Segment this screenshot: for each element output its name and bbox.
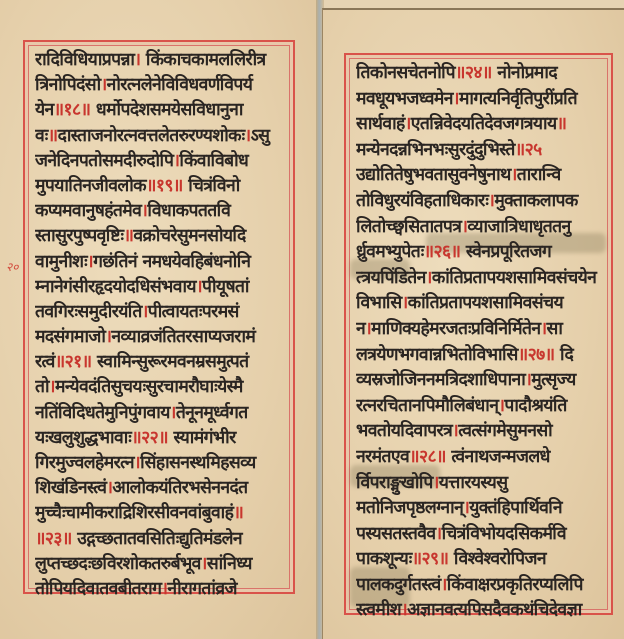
verse-marker: ॥२१॥ xyxy=(55,352,92,372)
manuscript-line: म्नानेगंसीरहृदयोदधिसंभवाय।पीयूषतां xyxy=(35,275,287,300)
verse-marker: ॥२२॥ xyxy=(131,428,168,448)
line-text: मुच्चैःचामीकराद्रिशिरसीवनवांबुवाहं xyxy=(35,503,233,523)
line-text: मुपयातिनजीवलोक xyxy=(35,176,146,196)
line-text: तारान्वि xyxy=(517,165,561,185)
verse-marker: ॥२८॥ xyxy=(409,447,446,467)
manuscript-line: उद्योतितेषुभवतासुवनेषुनाथ।तारान्वि xyxy=(356,163,605,189)
line-text: धर्मोपदेशसमयेसविधानुना xyxy=(90,100,242,120)
manuscript-line: मतोनिजपृष्ठलग्नान्।युक्तंहिपार्थिवनि xyxy=(356,496,605,522)
manuscript-line: पाकशून्यः॥२९॥ विश्वेश्वरोपिजन xyxy=(356,547,605,573)
line-text: तवगिरःसमुदीरयंति xyxy=(35,302,142,322)
manuscript-line: शिखंडिनस्त्वं।आलोकयंतिरभसेननदंत xyxy=(35,476,287,501)
line-text: येन xyxy=(35,100,54,120)
line-text: दि xyxy=(555,345,574,365)
line-text: रादिविधियाप्रपन्ना xyxy=(35,50,134,70)
line-text: न xyxy=(356,319,365,339)
line-text: तेनूनमूर्ध्वगत xyxy=(176,403,248,423)
line-text: कांतिप्रतापयशसामिवसंचय xyxy=(408,293,563,313)
line-text: गिरमुज्वलहेमरत्न xyxy=(35,453,134,473)
manuscript-line: तिकोनसचेतनोपि॥२४॥ नोनोप्रमाद xyxy=(356,61,605,87)
line-text: लत्रयेणभगवान्नभितोविभासि xyxy=(356,345,518,365)
line-text: सार्थवाहं xyxy=(356,114,405,134)
manuscript-line: विभासि।कांतिप्रतापयशसामिवसंचय xyxy=(356,291,605,317)
line-text: दास्ताजनोरत्नवत्तलेतरुरण्यशोकः xyxy=(58,126,245,146)
line-text: र्विपराङ्मुखोपि xyxy=(356,473,433,493)
manuscript-line: सार्थवाहं।एतन्निवेदयतिदेवजगत्रयाय॥ xyxy=(356,112,605,138)
line-text: व्यस्रजोजिननमत्रिदशाधिपाना xyxy=(356,370,525,390)
manuscript-line: यःखलुशुद्धभावाः॥२२॥ स्यामंगंभीर xyxy=(35,426,287,451)
manuscript-line: येन॥१८॥ धर्मोपदेशसमयेसविधानुना xyxy=(35,98,287,123)
verse-marker: ॥२४॥ xyxy=(455,63,492,83)
line-text: पीत्वायतःपरमसं xyxy=(148,302,239,322)
left-page-text: रादिविधियाप्रपन्ना। किंकाचकामललिरीत्रत्र… xyxy=(35,48,287,602)
line-text: वामुनीशः xyxy=(35,252,87,272)
manuscript-line: मुच्चैःचामीकराद्रिशिरसीवनवांबुवाहं॥ xyxy=(35,501,287,526)
manuscript-line: नरमंतएव॥२८॥ त्वंनाथजन्मजलधे xyxy=(356,445,605,471)
line-text: अज्ञानवत्यपिसदैवकथंचिदेवज्ञा xyxy=(407,600,582,620)
verse-marker: ॥१९॥ xyxy=(146,176,183,196)
line-text: किंकाचकामललिरीत्र xyxy=(140,50,265,70)
line-text: पादौश्रयंति xyxy=(504,396,566,416)
manuscript-line: लत्रयेणभगवान्नभितोविभासि॥२७॥ दि xyxy=(356,343,605,369)
line-text: नोनोप्रमाद xyxy=(492,63,557,83)
line-text: यःखलुशुद्धभावाः xyxy=(35,428,131,448)
line-text: विभासि xyxy=(356,293,402,313)
verse-marker: ॥१८॥ xyxy=(54,100,91,120)
line-text: नव्याव्रजंतितरसाप्यजरामं xyxy=(111,327,255,347)
manuscript-line: लितोच्छ्वसितातपत्र।व्याजात्रिधाधृततनु xyxy=(356,215,605,241)
right-page-frame: तिकोनसचेतनोपि॥२४॥ नोनोप्रमादमवधूयभजध्वमे… xyxy=(344,53,613,615)
left-page: २० रादिविधियाप्रपन्ना। किंकाचकामललिरीत्र… xyxy=(0,0,319,639)
line-text: स्त्वमीश xyxy=(356,600,401,620)
line-text: विश्वेश्वरोपिजन xyxy=(448,549,546,569)
line-text: सिंहासनस्थमिहसव्य xyxy=(140,453,256,473)
line-text: सांनिध्य xyxy=(207,554,252,574)
manuscript-line: स्त्वमीश।अज्ञानवत्यपिसदैवकथंचिदेवज्ञा xyxy=(356,598,605,624)
line-text: चित्रंविनो xyxy=(183,176,240,196)
line-text: युक्तंहिपार्थिवनि xyxy=(469,498,562,518)
manuscript-line: न।माणिक्यहेमरजतःप्रविनिर्मितेन।सा xyxy=(356,317,605,343)
line-text: लितोच्छ्वसितातपत्र xyxy=(356,217,461,237)
verse-marker: ॥२३॥ xyxy=(35,529,72,549)
verse-marker: ॥२६॥ xyxy=(424,242,461,262)
line-text: सा xyxy=(546,319,562,339)
line-text: त्त्रयपिंडितेन xyxy=(356,268,426,288)
line-text: म्नानेगंसीरहृदयोदधिसंभवाय xyxy=(35,277,196,297)
line-text: नरमंतएव xyxy=(356,447,409,467)
line-text: चित्रंविभोयदसिकर्मवि xyxy=(442,524,566,544)
line-text: पालकदुर्गतस्त्वं xyxy=(356,575,441,595)
folio-number: २० xyxy=(6,258,18,275)
manuscript-line: रत्वं॥२१॥ स्वामिन्सुरूरमवनम्रसमुत्पतं xyxy=(35,350,287,375)
manuscript-line: लुप्तच्छदःछविरशोकतरुर्बभूव।सांनिध्य xyxy=(35,552,287,577)
manuscript-line: वामुनीशः।गछंतिनं नमधयेवहिबंधनोनि xyxy=(35,250,287,275)
verse-marker: ॥ xyxy=(123,226,133,246)
line-text: स्यामंगंभीर xyxy=(168,428,236,448)
line-text: व्याजात्रिधाधृततनु xyxy=(467,217,570,237)
line-text: पीयूषतां xyxy=(202,277,249,297)
line-text: यत्तारयस्यसु xyxy=(439,473,508,493)
manuscript-line: स्तासुरपुष्पवृष्टिः॥वक्रोचरेसुमनसोयदि xyxy=(35,224,287,249)
line-text: नीरागतांव्रजे xyxy=(167,579,236,599)
manuscript-spread: २० रादिविधियाप्रपन्ना। किंकाचकामललिरीत्र… xyxy=(0,0,624,639)
line-text: नोरत्नलेनेविविधवर्णविपर्य xyxy=(107,75,253,95)
line-text: मुक्ताकलापक xyxy=(494,191,577,211)
manuscript-line: वः॥दास्ताजनोरत्नवत्तलेतरुरण्यशोकः।ऽसु xyxy=(35,124,287,149)
line-text: मवधूयभजध्वमेन xyxy=(356,89,453,109)
line-text: लुप्तच्छदःछविरशोकतरुर्बभूव xyxy=(35,554,201,574)
line-text: पाकशून्यः xyxy=(356,549,412,569)
manuscript-line: भवतोयदिवापरत्र।त्वत्संगमेसुमनसो xyxy=(356,419,605,445)
line-text: वक्रोचरेसुमनसोयदि xyxy=(133,226,245,246)
manuscript-line: तो।मन्येवदंतिसुचयःसुरचामरौघाःयेस्मै xyxy=(35,375,287,400)
line-text: तोविधुरयंविहताधिकारः xyxy=(356,191,488,211)
verse-marker: ॥२७॥ xyxy=(518,345,555,365)
manuscript-line: तवगिरःसमुदीरयंति।पीत्वायतःपरमसं xyxy=(35,300,287,325)
verse-marker: ॥ xyxy=(48,126,58,146)
line-text: एतन्निवेदयतिदेवजगत्रयाय xyxy=(411,114,557,134)
manuscript-line: नतिंविदिधतेमुनिपुंगवाय।तेनूनमूर्ध्वगत xyxy=(35,401,287,426)
line-text: मन्येवदंतिसुचयःसुरचामरौघाःयेस्मै xyxy=(55,377,243,397)
manuscript-line: गिरमुज्वलहेमरत्न।सिंहासनस्थमिहसव्य xyxy=(35,451,287,476)
manuscript-line: ॥२३॥ उद्गच्छतातवसितिःद्युतिमंडलेन xyxy=(35,527,287,552)
line-text: त्रिनोपिदंसो xyxy=(35,75,101,95)
verse-marker: ॥२५ xyxy=(515,140,542,160)
verse-marker: ॥ xyxy=(557,114,567,134)
line-text: विधाकपततवि xyxy=(147,201,230,221)
manuscript-line: मुपयातिनजीवलोक॥१९॥ चित्रंविनो xyxy=(35,174,287,199)
manuscript-line: रत्नरचितानपिमौलिबंधान्।पादौश्रयंति xyxy=(356,394,605,420)
line-text: गछंतिनं नमधयेवहिबंधनोनि xyxy=(93,252,250,272)
manuscript-line: त्त्रयपिंडितेन।कांतिप्रतापयशसामिवसंचयेन xyxy=(356,266,605,292)
right-page-text: तिकोनसचेतनोपि॥२४॥ नोनोप्रमादमवधूयभजध्वमे… xyxy=(356,61,605,624)
line-text: मतोनिजपृष्ठलग्नान् xyxy=(356,498,463,518)
line-text: स्वेनप्रपूरितजग xyxy=(460,242,551,262)
line-text: किंवाक्षरप्रकृतिरप्यलिपि xyxy=(447,575,583,595)
line-text: कांतिप्रतापयशसामिवसंचयेन xyxy=(432,268,596,288)
left-page-frame: रादिविधियाप्रपन्ना। किंकाचकामललिरीत्रत्र… xyxy=(23,40,295,594)
line-text: किंवाविबोध xyxy=(179,151,248,171)
manuscript-line: कप्यमवानुषहंतमेव।विधाकपततवि xyxy=(35,199,287,224)
line-text: वः xyxy=(35,126,48,146)
line-text: नतिंविदिधतेमुनिपुंगवाय xyxy=(35,403,170,423)
line-text: तिकोनसचेतनोपि xyxy=(356,63,455,83)
manuscript-line: र्ध्रुवमभ्युपेतः॥२६॥ स्वेनप्रपूरितजग xyxy=(356,240,605,266)
manuscript-line: जनेदिनपतोसमदीरुदोपि।किंवाविबोध xyxy=(35,149,287,174)
line-text: माणिक्यहेमरजतःप्रविनिर्मितेन xyxy=(371,319,540,339)
line-text: शिखंडिनस्त्वं xyxy=(35,478,106,498)
line-text: तोपियदिवातवबीतराग xyxy=(35,579,161,599)
line-text: मन्येनदन्नभिनभःसुरदुंदुभिस्ते xyxy=(356,140,515,160)
manuscript-line: मदसंगमाजो।नव्याव्रजंतितरसाप्यजरामं xyxy=(35,325,287,350)
manuscript-line: तोपियदिवातवबीतराग।नीरागतांव्रजे xyxy=(35,577,287,602)
line-text: पस्यसतस्तवैव xyxy=(356,524,436,544)
line-text: तो xyxy=(35,377,49,397)
manuscript-line: मन्येनदन्नभिनभःसुरदुंदुभिस्ते॥२५ xyxy=(356,138,605,164)
line-text: स्तासुरपुष्पवृष्टिः xyxy=(35,226,123,246)
verse-marker: ॥२९॥ xyxy=(412,549,449,569)
line-text: जनेदिनपतोसमदीरुदोपि xyxy=(35,151,173,171)
manuscript-line: पस्यसतस्तवैव।चित्रंविभोयदसिकर्मवि xyxy=(356,522,605,548)
manuscript-line: व्यस्रजोजिननमत्रिदशाधिपाना।मुत्सृज्य xyxy=(356,368,605,394)
manuscript-line: त्रिनोपिदंसो।नोरत्नलेनेविविधवर्णविपर्य xyxy=(35,73,287,98)
line-text: स्वामिन्सुरूरमवनम्रसमुत्पतं xyxy=(92,352,249,372)
line-text: मागत्यनिर्वृतिपुरींप्रति xyxy=(459,89,577,109)
line-text: आलोकयंतिरभसेननदंत xyxy=(112,478,247,498)
manuscript-line: तोविधुरयंविहताधिकारः।मुक्ताकलापक xyxy=(356,189,605,215)
line-text: कप्यमवानुषहंतमेव xyxy=(35,201,141,221)
line-text: रत्नरचितानपिमौलिबंधान् xyxy=(356,396,498,416)
line-text: उद्योतितेषुभवतासुवनेषुनाथ xyxy=(356,165,511,185)
line-text: मुत्सृज्य xyxy=(531,370,575,390)
manuscript-line: रादिविधियाप्रपन्ना। किंकाचकामललिरीत्र xyxy=(35,48,287,73)
line-text: भवतोयदिवापरत्र xyxy=(356,421,452,441)
line-text: त्वंनाथजन्मजलधे xyxy=(446,447,550,467)
manuscript-line: मवधूयभजध्वमेन।मागत्यनिर्वृतिपुरींप्रति xyxy=(356,87,605,113)
line-text: मदसंगमाजो xyxy=(35,327,105,347)
manuscript-line: र्विपराङ्मुखोपि।यत्तारयस्यसु xyxy=(356,471,605,497)
line-text: उद्गच्छतातवसितिःद्युतिमंडलेन xyxy=(72,529,242,549)
manuscript-line: पालकदुर्गतस्त्वं।किंवाक्षरप्रकृतिरप्यलिप… xyxy=(356,573,605,599)
line-text: रत्वं xyxy=(35,352,55,372)
line-text: र्ध्रुवमभ्युपेतः xyxy=(356,242,424,262)
verse-marker: ॥ xyxy=(233,503,243,523)
line-text: ऽसु xyxy=(251,126,270,146)
line-text: त्वत्संगमेसुमनसो xyxy=(458,421,552,441)
